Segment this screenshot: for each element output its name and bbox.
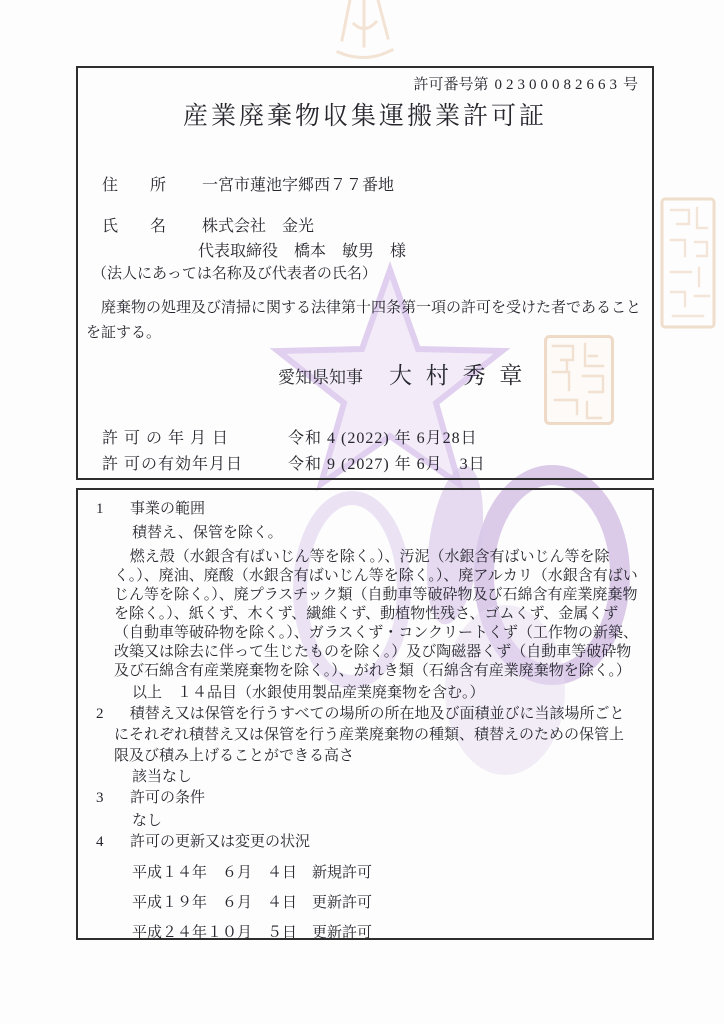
section-body: 許可の更新又は変更の状況 平成１４年 ６月 ４日 新規許可 平成１９年 ６月 ４… [130, 832, 638, 948]
tally-seal-top-edge-icon [320, 0, 410, 66]
document-title: 産業廃棄物収集運搬業許可証 [78, 100, 652, 134]
section-permit-conditions: 3 許可の条件 なし [94, 788, 638, 832]
name-label: 氏 名 [102, 217, 168, 237]
permit-header-box: 許可番号第02300082663号 産業廃棄物収集運搬業許可証 住 所 一宮市蓮… [76, 66, 654, 480]
section2-title: 積替え又は保管を行うすべての場所の所在地及び面積並びに当該場所ごとにそれぞれ積替… [114, 704, 638, 767]
permit-number-suffix: 号 [623, 77, 638, 93]
address-value: 一宮市蓮池字郷西７７番地 [202, 177, 394, 194]
expiry-date-value: 令和 9 (2027) 年 6月 3日 [288, 456, 486, 473]
permit-dates: 許 可 の 年 月 日 令和 4 (2022) 年 6月28日 許 可の有効年月… [102, 426, 652, 478]
history-entry: 平成１４年 ６月 ４日 新規許可 [132, 858, 638, 888]
issuer-name: 大村秀章 [389, 360, 536, 392]
section-body: 許可の条件 なし [130, 788, 638, 832]
history-entry: 平成２４年１０月 ５日 更新許可 [132, 918, 638, 948]
section3-answer: なし [132, 811, 638, 832]
renewal-history-list: 平成１４年 ６月 ４日 新規許可 平成１９年 ６月 ４日 更新許可 平成２４年１… [132, 858, 638, 948]
section2-answer: 該当なし [132, 767, 638, 788]
holder-name-row: 氏 名 株式会社 金光 [102, 217, 652, 237]
section-business-scope: 1 事業の範囲 積替え、保管を除く。 燃え殻（水銀含有ばいじん等を除く。）、汚泥… [94, 499, 638, 704]
address-label: 住 所 [102, 176, 168, 196]
permit-conditions-box: 1 事業の範囲 積替え、保管を除く。 燃え殻（水銀含有ばいじん等を除く。）、汚泥… [76, 488, 654, 940]
issuer-signature-row: 愛知県知事 大村秀章 [78, 360, 652, 394]
section-body: 事業の範囲 積替え、保管を除く。 燃え殻（水銀含有ばいじん等を除く。）、汚泥（水… [130, 499, 638, 704]
waste-total-line: 以上 １４品目（水銀使用製品産業廃棄物を含む。） [132, 683, 638, 704]
expiry-date-label: 許 可の有効年月日 [102, 452, 256, 478]
expiry-date-row: 許 可の有効年月日 令和 9 (2027) 年 6月 3日 [102, 452, 652, 478]
permit-number-prefix: 許可番号第 [413, 77, 488, 93]
certification-statement: 廃棄物の処理及び清掃に関する法律第十四条第一項の許可を受けた者であることを証する… [86, 296, 644, 346]
section-number: 4 [94, 832, 130, 948]
issuer-title: 愛知県知事 [278, 362, 363, 394]
section-transfer-storage: 2 積替え又は保管を行うすべての場所の所在地及び面積並びに当該場所ごとにそれぞれ… [94, 704, 638, 788]
permit-document-page: 許可番号第02300082663号 産業廃棄物収集運搬業許可証 住 所 一宮市蓮… [0, 0, 724, 1024]
section-body: 積替え又は保管を行うすべての場所の所在地及び面積並びに当該場所ごとにそれぞれ積替… [130, 704, 638, 788]
waste-type-list: 燃え殻（水銀含有ばいじん等を除く。）、汚泥（水銀含有ばいじん等を除く。）、廃油、… [114, 548, 638, 681]
permit-number: 許可番号第02300082663号 [78, 75, 638, 95]
representative-name: 代表取締役 橋本 敏男 様 [198, 242, 652, 262]
permit-date-value: 令和 4 (2022) 年 6月28日 [288, 430, 478, 447]
section3-title: 許可の条件 [130, 788, 638, 809]
company-name: 株式会社 金光 [202, 218, 314, 235]
history-entry: 平成１９年 ６月 ４日 更新許可 [132, 888, 638, 918]
section4-title: 許可の更新又は変更の状況 [130, 832, 638, 853]
section-renewal-history: 4 許可の更新又は変更の状況 平成１４年 ６月 ４日 新規許可 平成１９年 ６月… [94, 832, 638, 948]
section1-title: 事業の範囲 [130, 499, 638, 520]
permit-date-row: 許 可 の 年 月 日 令和 4 (2022) 年 6月28日 [102, 426, 652, 452]
section-number: 3 [94, 788, 130, 832]
scope-note: 積替え、保管を除く。 [132, 523, 638, 544]
corporate-note: （法人にあっては名称及び代表者の氏名） [92, 264, 652, 284]
holder-address-row: 住 所 一宮市蓮池字郷西７７番地 [102, 176, 652, 196]
tally-seal-right-edge-icon [659, 196, 717, 330]
permit-date-label: 許 可 の 年 月 日 [102, 426, 256, 452]
permit-number-digits: 02300082663 [494, 77, 621, 93]
